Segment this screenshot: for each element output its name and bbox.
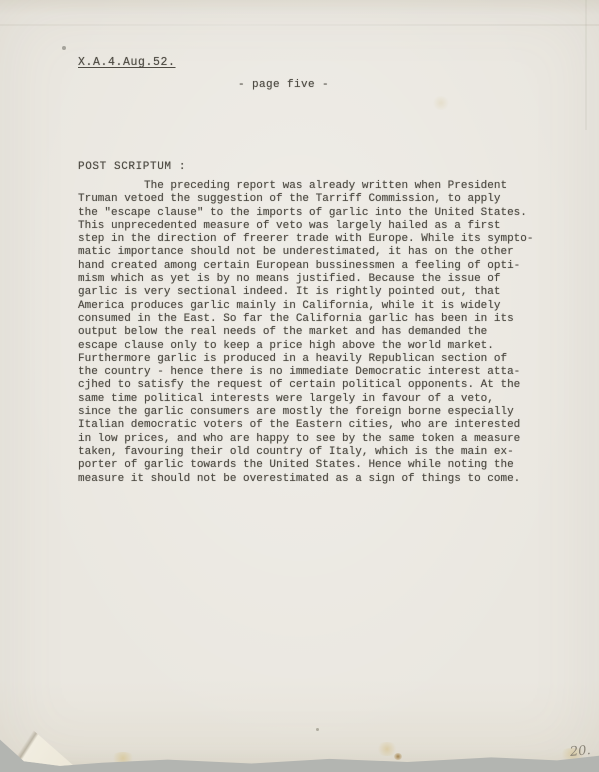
text-line: garlic is very sectional indeed. It is r…	[78, 286, 548, 299]
text-line: Italian democratic voters of the Eastern…	[78, 419, 548, 432]
page-number-label: - page five -	[238, 79, 329, 91]
text-line: measure it should not be overestimated a…	[78, 473, 548, 486]
text-line: consumed in the East. So far the Califor…	[78, 313, 548, 326]
handwritten-page-number: 20.	[569, 743, 591, 760]
text-line: step in the direction of freerer trade w…	[78, 233, 548, 246]
text-line: the country - hence there is no immediat…	[78, 366, 548, 379]
text-line: porter of garlic towards the United Stat…	[78, 459, 548, 472]
paper-stain	[432, 96, 450, 110]
text-line: the "escape clause" to the imports of ga…	[78, 207, 548, 220]
text-line: matic importance should not be underesti…	[78, 246, 548, 259]
paper-speck	[62, 46, 66, 50]
text-line: Furthermore garlic is produced in a heav…	[78, 353, 548, 366]
text-line: hand created among certain European buss…	[78, 260, 548, 273]
text-line: same time political interests were large…	[78, 393, 548, 406]
text-line: America produces garlic mainly in Califo…	[78, 300, 548, 313]
paper-crease-right	[585, 0, 587, 130]
paper-stain	[376, 742, 398, 756]
text-line: The preceding report was already written…	[78, 180, 548, 193]
text-line: since the garlic consumers are mostly th…	[78, 406, 548, 419]
paper-corner-fold	[0, 701, 74, 766]
post-scriptum-heading: POST SCRIPTUM :	[78, 161, 186, 173]
body-paragraph: The preceding report was already written…	[78, 180, 548, 486]
paper-stain	[110, 752, 136, 764]
document-reference: X.A.4.Aug.52.	[78, 56, 176, 69]
text-line: Truman vetoed the suggestion of the Tarr…	[78, 193, 548, 206]
text-line: escape clause only to keep a price high …	[78, 340, 548, 353]
document-page: X.A.4.Aug.52. - page five - POST SCRIPTU…	[0, 0, 599, 772]
paper-speck	[316, 728, 319, 731]
paper-crease-top	[0, 24, 599, 26]
text-line: This unprecedented measure of veto was l…	[78, 220, 548, 233]
text-line: in low prices, and who are happy to see …	[78, 433, 548, 446]
text-line: cjhed to satisfy the request of certain …	[78, 379, 548, 392]
text-line: output below the real needs of the marke…	[78, 326, 548, 339]
text-line: mism which as yet is by no means justifi…	[78, 273, 548, 286]
paper-stain	[394, 753, 402, 760]
text-line: taken, favouring their old country of It…	[78, 446, 548, 459]
